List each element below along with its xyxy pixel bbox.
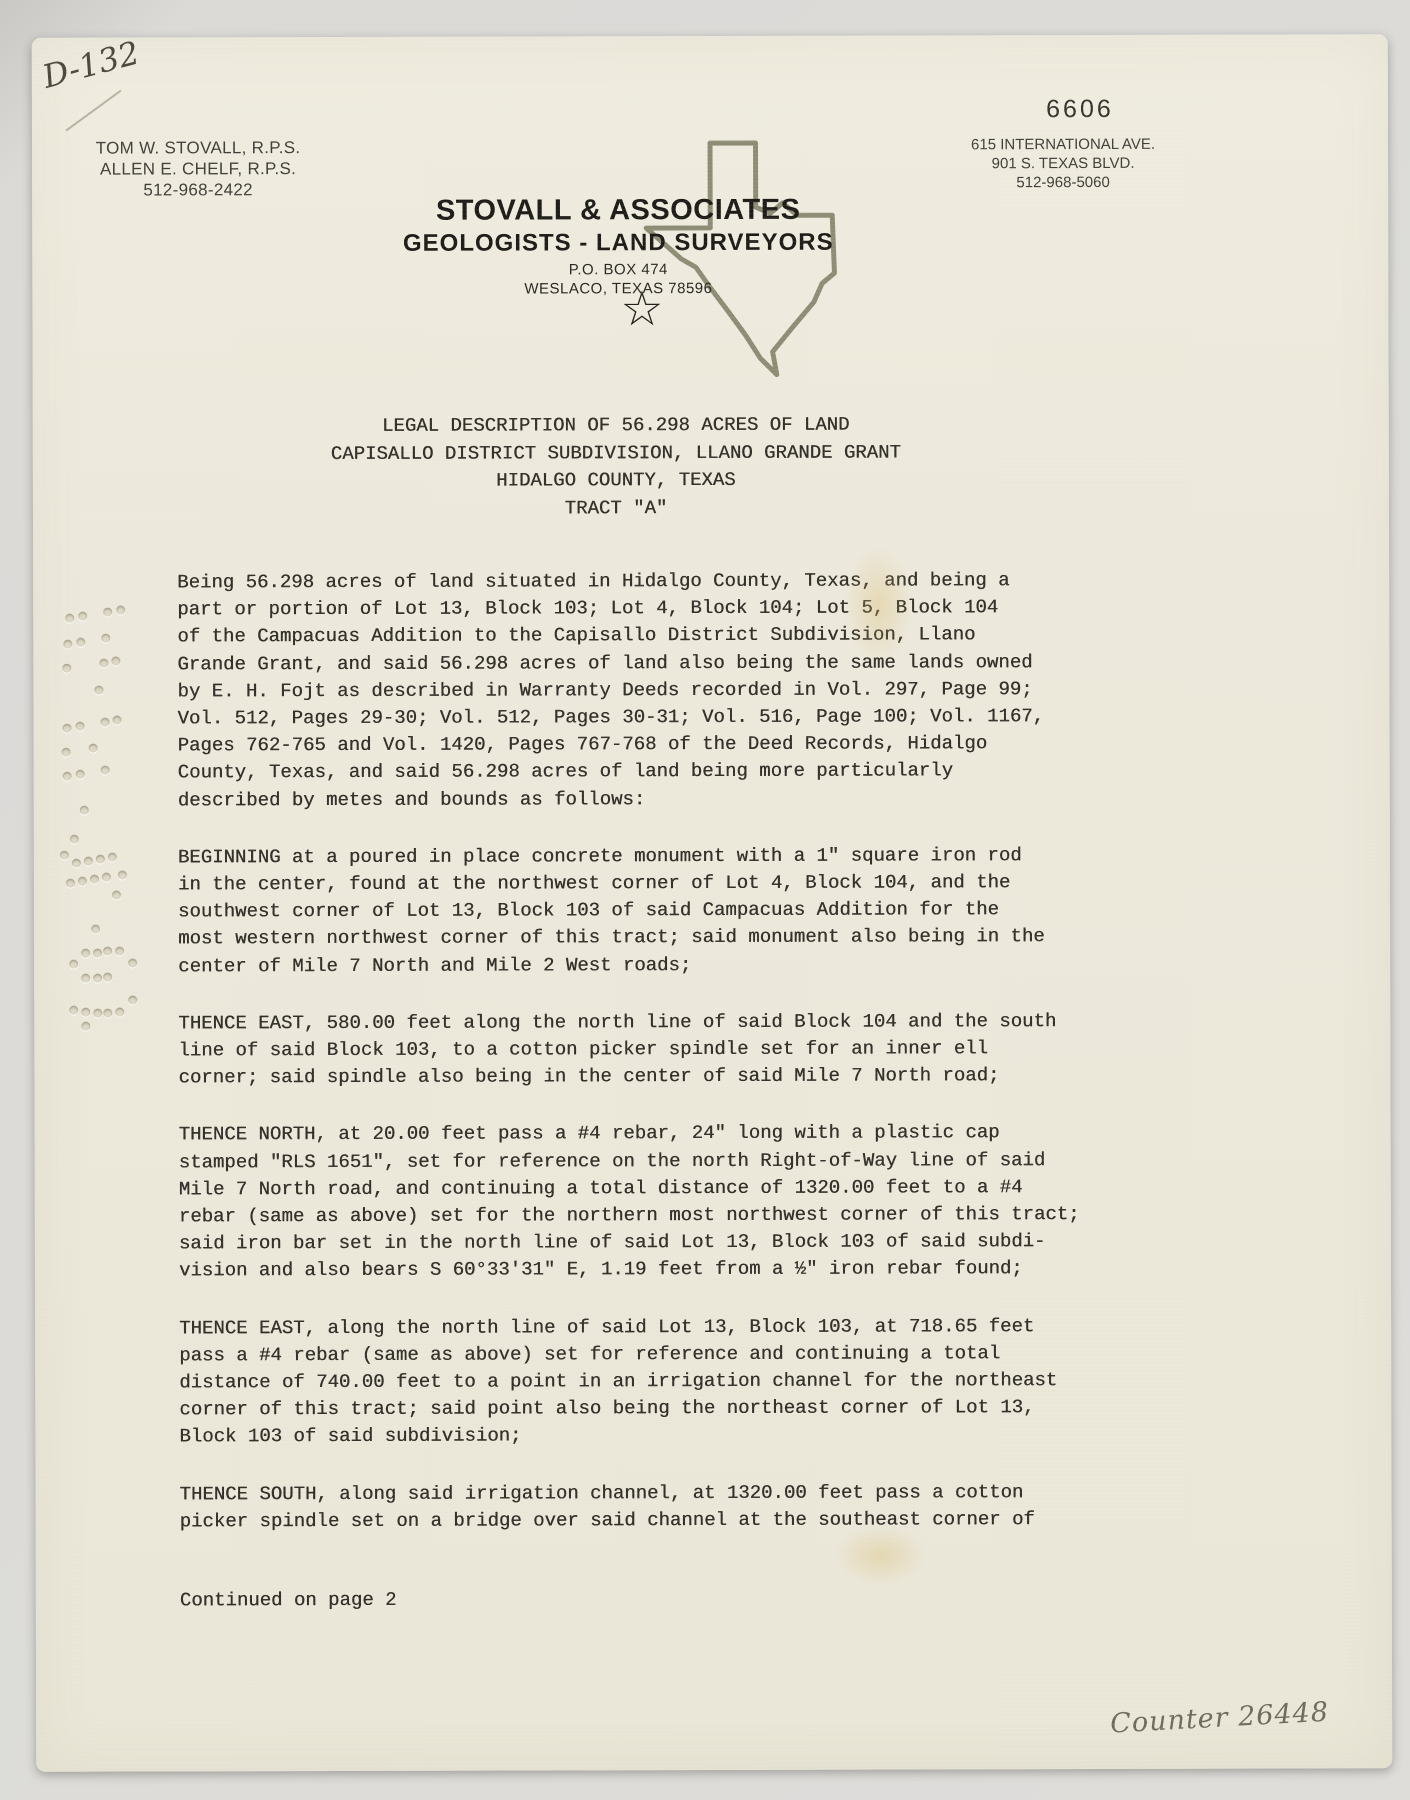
perforation-dot (101, 718, 110, 727)
paper-stain (843, 545, 913, 665)
paragraph: THENCE SOUTH, along said irrigation chan… (180, 1479, 1120, 1536)
letterhead-line: 512-968-5060 (913, 173, 1213, 193)
perforation-dot (80, 806, 89, 815)
company-city: WESLACO, TEXAS 78596 (318, 279, 918, 298)
perforation-dot (102, 873, 111, 882)
title-line: CAPISALLO DISTRICT SUBDIVISION, LLANO GR… (216, 439, 1016, 469)
perforation-dot (112, 891, 121, 900)
perforation-dot (63, 724, 72, 733)
company-name: STOVALL & ASSOCIATES (318, 193, 918, 228)
title-line: TRACT "A" (216, 494, 1016, 524)
perforation-dot (62, 664, 71, 673)
perforation-dot (89, 744, 98, 753)
perforation-dot (103, 608, 112, 617)
text-line: corner of this tract; said point also be… (179, 1394, 1119, 1424)
perforation-dot (101, 766, 110, 775)
text-line: most western northwest corner of this tr… (178, 923, 1118, 953)
perforation-dot (81, 1022, 90, 1031)
perforation-dot (91, 925, 100, 934)
perforation-dot (113, 716, 122, 725)
perforation-dot (93, 1009, 102, 1018)
text-line: pass a #4 rebar (same as above) set for … (179, 1340, 1119, 1370)
text-line: stamped "RLS 1651", set for reference on… (179, 1147, 1119, 1177)
paragraph: BEGINNING at a poured in place concrete … (178, 842, 1118, 980)
pencil-mark (65, 90, 121, 132)
perforation-dot (128, 959, 137, 968)
perforation-dot (128, 996, 137, 1005)
perforation-dot (116, 606, 125, 615)
text-line: Grande Grant, and said 56.298 acres of l… (177, 649, 1117, 679)
perforation-dot (65, 614, 74, 623)
text-line: THENCE EAST, along the north line of sai… (179, 1313, 1119, 1343)
paragraph: THENCE NORTH, at 20.00 feet pass a #4 re… (179, 1119, 1119, 1285)
letterhead-line: TOM W. STOVALL, R.P.S. (58, 137, 338, 159)
perforation-dot (66, 879, 75, 888)
perforation-dot (76, 638, 85, 647)
document-page: D-132 TOM W. STOVALL, R.P.S.ALLEN E. CHE… (32, 34, 1393, 1772)
title-line: HIDALGO COUNTY, TEXAS (216, 466, 1016, 496)
text-line: corner; said spindle also being in the c… (178, 1062, 1118, 1092)
perforation-dot (111, 657, 120, 666)
company-po-box: P.O. BOX 474 (318, 260, 918, 279)
paper-stain (836, 1525, 926, 1585)
perforation-dot (90, 875, 99, 884)
perforation-dot (103, 1009, 112, 1018)
perforation-dot (115, 1008, 124, 1017)
document-title: LEGAL DESCRIPTION OF 56.298 ACRES OF LAN… (216, 411, 1016, 523)
letterhead-line: 615 INTERNATIONAL AVE. (913, 135, 1213, 155)
perforation-dot (96, 855, 105, 864)
perforation-dot (76, 722, 85, 731)
text-line: Mile 7 North road, and continuing a tota… (179, 1174, 1119, 1204)
text-line: line of said Block 103, to a cotton pick… (178, 1035, 1118, 1065)
perforation-dot (108, 853, 117, 862)
text-line: THENCE SOUTH, along said irrigation chan… (180, 1479, 1120, 1509)
text-line: County, Texas, and said 56.298 acres of … (178, 757, 1118, 787)
text-line: rebar (same as above) set for the northe… (179, 1201, 1119, 1231)
text-line: said iron bar set in the north line of s… (179, 1228, 1119, 1258)
handwritten-file-number: D-132 (39, 33, 144, 95)
letterhead-right: 615 INTERNATIONAL AVE.901 S. TEXAS BLVD.… (913, 135, 1213, 193)
text-line: by E. H. Fojt as described in Warranty D… (177, 676, 1117, 706)
text-line: part or portion of Lot 13, Block 103; Lo… (177, 594, 1117, 624)
scanned-document-background: { "document": { "file_label": "D-132", "… (0, 0, 1410, 1800)
text-line: BEGINNING at a poured in place concrete … (178, 842, 1118, 872)
letterhead-left: TOM W. STOVALL, R.P.S.ALLEN E. CHELF, R.… (58, 137, 338, 201)
company-tagline: GEOLOGISTS - LAND SURVEYORS (318, 228, 918, 258)
perforation-dot (69, 1006, 78, 1015)
perforation-dot (62, 748, 71, 757)
perforation-dot (78, 877, 87, 886)
perforation-marks (32, 34, 1388, 38)
paragraph: Being 56.298 acres of land situated in H… (177, 567, 1118, 814)
text-line: center of Mile 7 North and Mile 2 West r… (178, 951, 1118, 981)
letterhead-line: 901 S. TEXAS BLVD. (913, 154, 1213, 174)
perforation-dot (93, 949, 102, 958)
perforation-dot (76, 770, 85, 779)
letterhead-line: ALLEN E. CHELF, R.P.S. (58, 158, 338, 180)
text-line: Vol. 512, Pages 29-30; Vol. 512, Pages 3… (177, 703, 1117, 733)
perforation-dot (118, 871, 127, 880)
paragraph: THENCE EAST, along the north line of sai… (179, 1313, 1119, 1451)
perforation-dot (93, 974, 102, 983)
text-line: in the center, found at the northwest co… (178, 869, 1118, 899)
perforation-dot (81, 949, 90, 958)
handwritten-counter-note: Counter 26448 (1109, 1697, 1329, 1740)
perforation-dot (103, 973, 112, 982)
perforation-dot (115, 947, 124, 956)
body-text: Being 56.298 acres of land situated in H… (177, 567, 1120, 1566)
text-line: vision and also bears S 60°33'31" E, 1.1… (179, 1255, 1119, 1285)
document-number: 6606 (930, 95, 1230, 125)
logo-text-block: STOVALL & ASSOCIATES GEOLOGISTS - LAND S… (318, 193, 918, 298)
perforation-dot (70, 835, 79, 844)
perforation-dot (78, 612, 87, 621)
perforation-dot (63, 772, 72, 781)
text-line: Block 103 of said subdivision; (179, 1421, 1119, 1451)
continued-note: Continued on page 2 (180, 1589, 397, 1612)
text-line: THENCE NORTH, at 20.00 feet pass a #4 re… (179, 1119, 1119, 1149)
perforation-dot (81, 974, 90, 983)
perforation-dot (101, 634, 110, 643)
title-line: LEGAL DESCRIPTION OF 56.298 ACRES OF LAN… (216, 411, 1016, 441)
text-line: distance of 740.00 feet to a point in an… (179, 1367, 1119, 1397)
text-line: Being 56.298 acres of land situated in H… (177, 567, 1117, 597)
text-line: picker spindle set on a bridge over said… (180, 1506, 1120, 1536)
perforation-dot (60, 851, 69, 860)
perforation-dot (99, 659, 108, 668)
perforation-dot (103, 947, 112, 956)
text-line: described by metes and bounds as follows… (178, 785, 1118, 815)
letterhead-line: 512-968-2422 (58, 179, 338, 201)
text-line: of the Campacuas Addition to the Capisal… (177, 621, 1117, 651)
perforation-dot (84, 857, 93, 866)
text-line: THENCE EAST, 580.00 feet along the north… (178, 1008, 1118, 1038)
perforation-dot (69, 960, 78, 969)
perforation-dot (94, 686, 103, 695)
perforation-dot (72, 859, 81, 868)
perforation-dot (63, 640, 72, 649)
perforation-dot (81, 1008, 90, 1017)
paragraph: THENCE EAST, 580.00 feet along the north… (178, 1008, 1118, 1092)
text-line: southwest corner of Lot 13, Block 103 of… (178, 896, 1118, 926)
text-line: Pages 762-765 and Vol. 1420, Pages 767-7… (178, 730, 1118, 760)
